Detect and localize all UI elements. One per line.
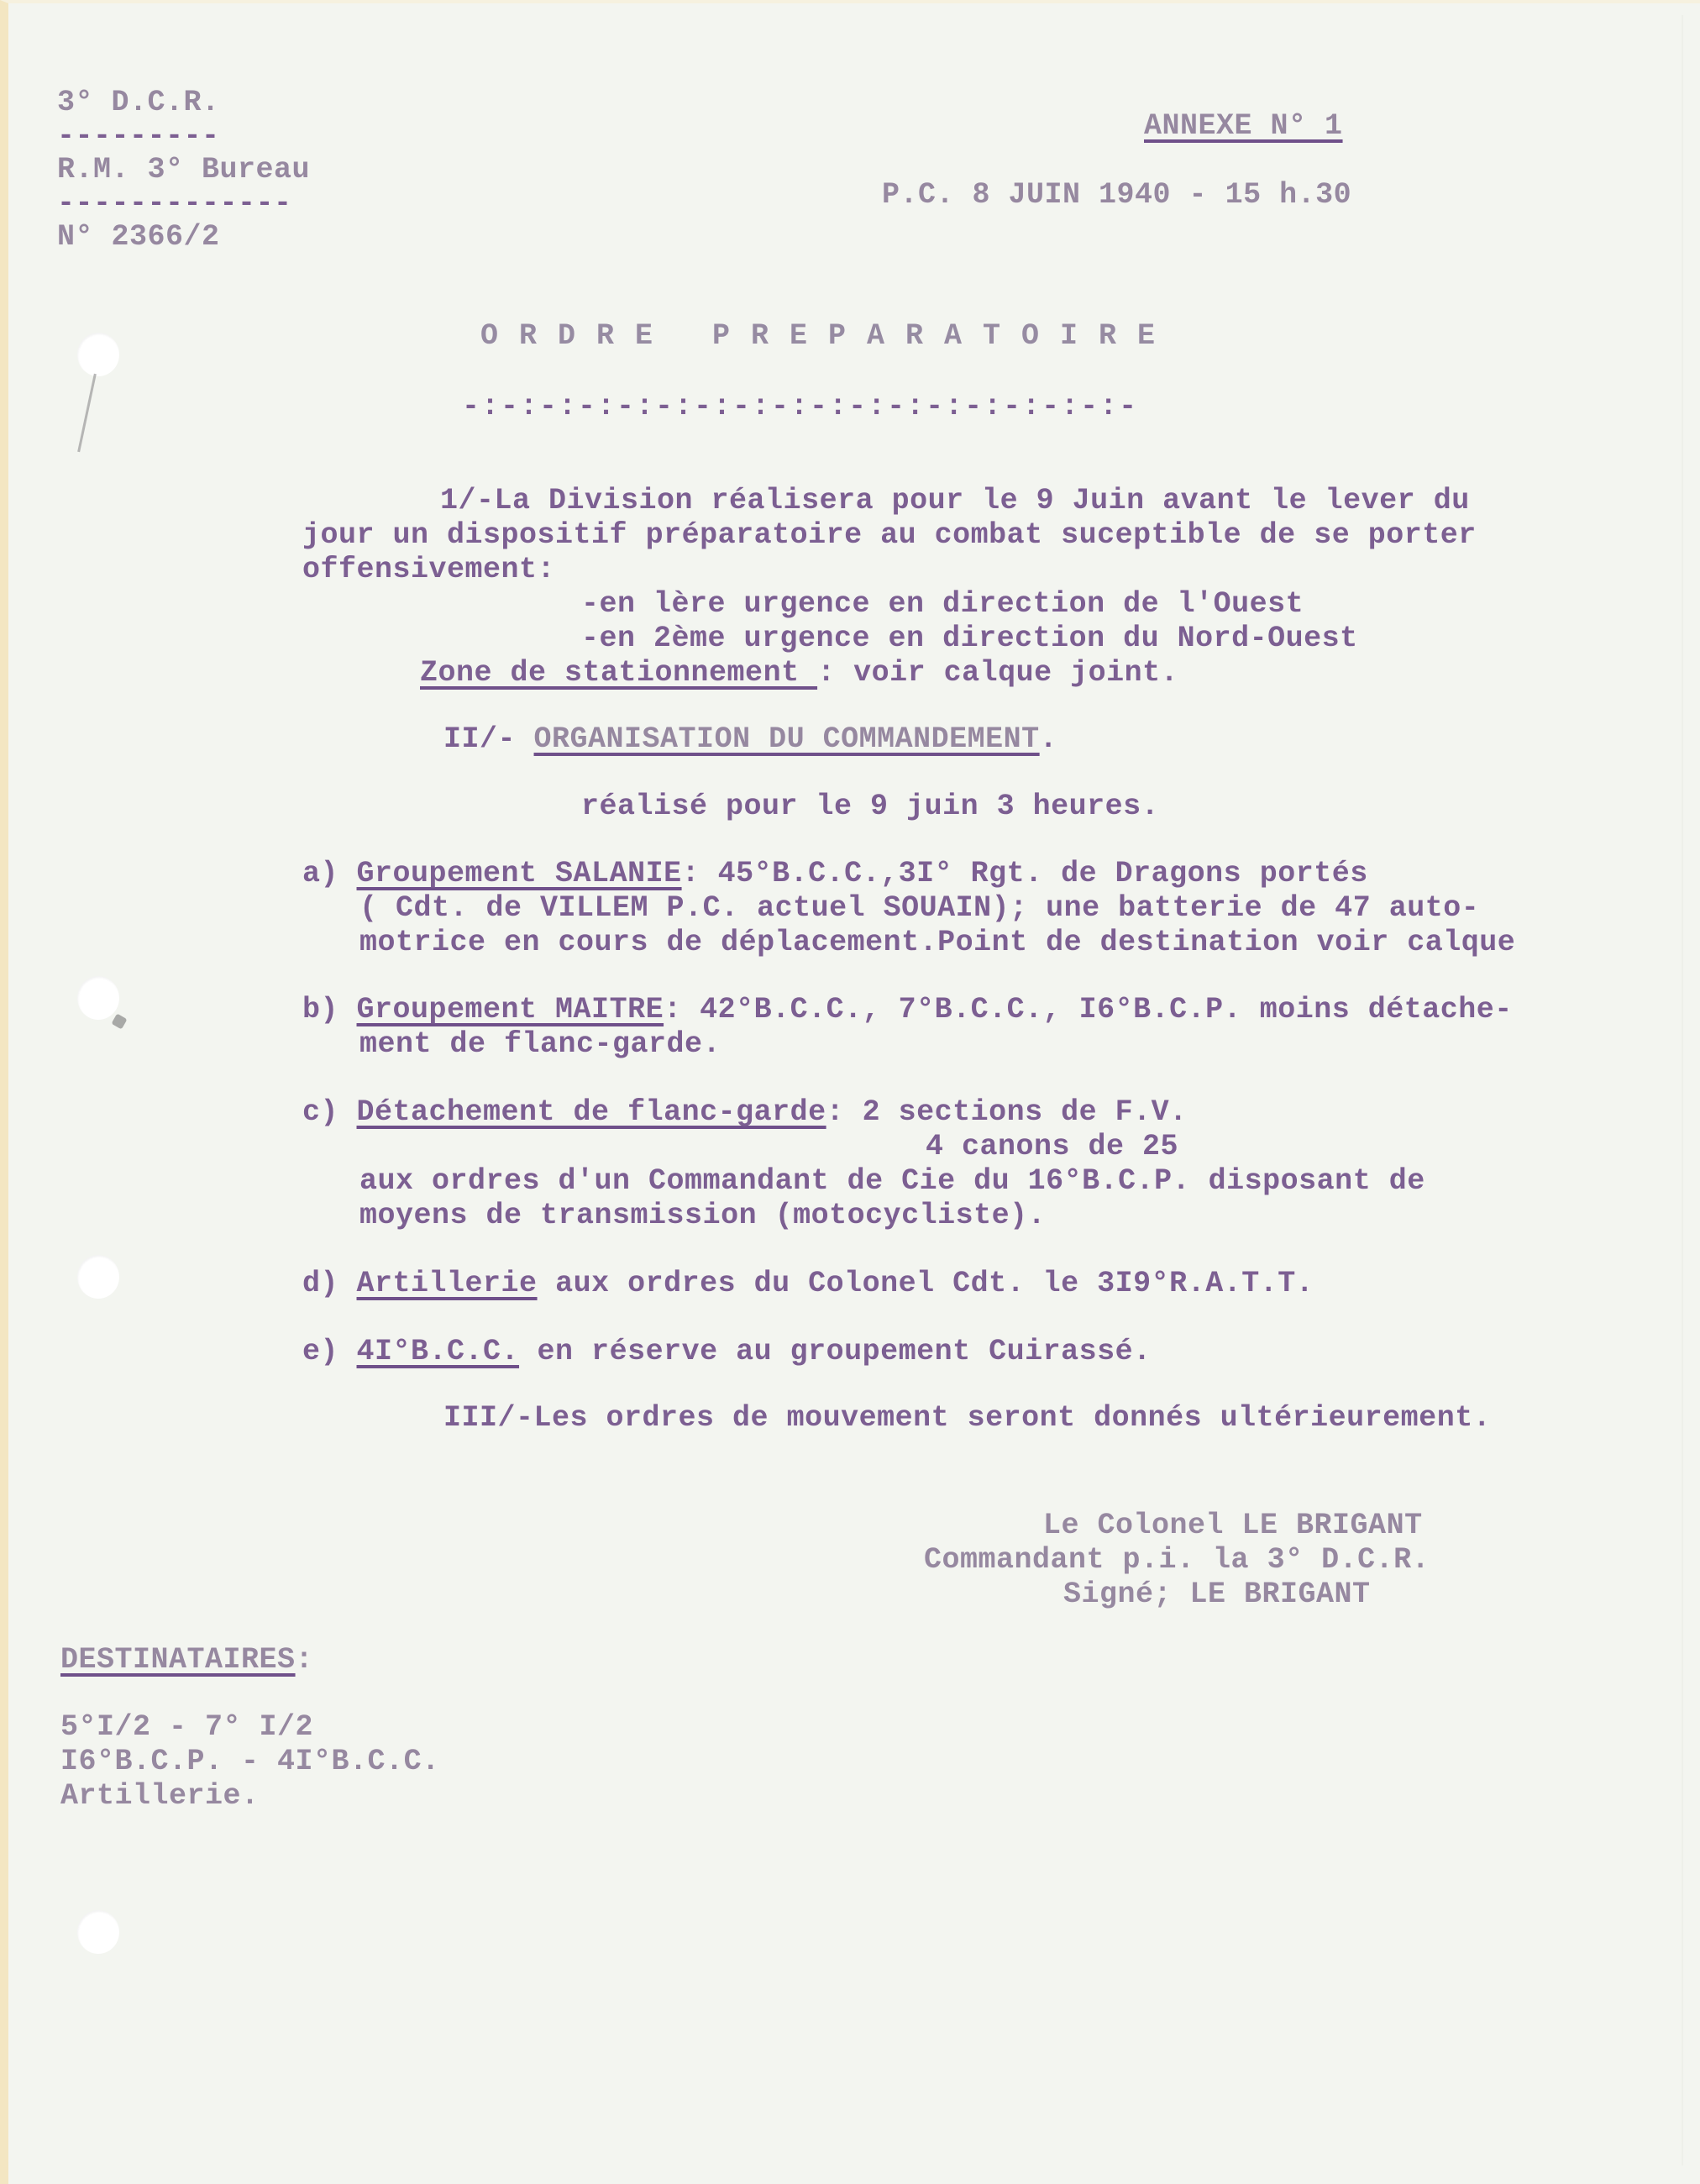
item-label: Groupement SALANIE (357, 857, 682, 890)
title-separator: -:-:-:-:-:-:-:-:-:-:-:-:-:-:-:-:-:- (462, 390, 1138, 424)
section1-line: jour un dispositif préparatoire au comba… (302, 518, 1477, 553)
punch-hole (77, 333, 119, 376)
item-text: : 45°B.C.C.,3I° Rgt. de Dragons portés (682, 857, 1368, 890)
header-unit: 3° D.C.R. (57, 86, 220, 120)
recipient-line: I6°B.C.P. - 4I°B.C.C. (60, 1745, 440, 1779)
section3-text: III/-Les ordres de mouvement seront donn… (443, 1401, 1491, 1436)
section1-bullet: -en lère urgence en direction de l'Ouest (581, 587, 1304, 622)
item-e: e) 4I°B.C.C. en réserve au groupement Cu… (302, 1335, 1152, 1369)
header-rule: --------- (57, 119, 220, 154)
section1-line: 1/-La Division réalisera pour le 9 Juin … (440, 484, 1470, 518)
section2-subtitle: réalisé pour le 9 juin 3 heures. (581, 790, 1159, 824)
section2-heading-line: II/- ORGANISATION DU COMMANDEMENT. (443, 722, 1057, 757)
item-letter: a) (302, 857, 357, 890)
item-text: 4 canons de 25 (926, 1130, 1178, 1164)
item-c: c) Détachement de flanc-garde: 2 section… (302, 1095, 1188, 1130)
item-text: : 42°B.C.C., 7°B.C.C., I6°B.C.P. moins d… (664, 993, 1513, 1026)
section2-prefix: II/- (443, 722, 534, 756)
item-label: Détachement de flanc-garde (357, 1095, 826, 1129)
header-office: R.M. 3° Bureau (57, 153, 310, 187)
section1-bullet: -en 2ème urgence en direction du Nord-Ou… (581, 622, 1358, 656)
item-d: d) Artillerie aux ordres du Colonel Cdt.… (302, 1267, 1314, 1301)
punch-hole (77, 1910, 119, 1954)
item-text: ( Cdt. de VILLEM P.C. actuel SOUAIN); un… (359, 891, 1479, 926)
zone-line: Zone de stationnement : voir calque join… (420, 656, 1178, 690)
header-rule: ------------- (57, 186, 292, 221)
paper-tear (77, 374, 97, 453)
item-label: 4I°B.C.C. (357, 1335, 520, 1368)
section1-line: offensivement: (302, 553, 555, 587)
punch-hole (77, 1255, 119, 1299)
zone-text: : voir calque joint. (817, 656, 1178, 690)
item-text: en réserve au groupement Cuirassé. (519, 1335, 1152, 1368)
item-text: motrice en cours de déplacement.Point de… (359, 926, 1515, 960)
section2-heading-end: . (1040, 722, 1058, 756)
recipients-heading: DESTINATAIRES (60, 1643, 296, 1677)
document-datetime: P.C. 8 JUIN 1940 - 15 h.30 (882, 178, 1351, 213)
document-title: ORDRE PREPARATOIRE (480, 319, 1176, 354)
item-b: b) Groupement MAITRE: 42°B.C.C., 7°B.C.C… (302, 993, 1513, 1027)
signature-line: Signé; LE BRIGANT (1063, 1578, 1371, 1612)
item-a: a) Groupement SALANIE: 45°B.C.C.,3I° Rgt… (302, 857, 1368, 891)
item-label: Artillerie (357, 1267, 538, 1300)
item-text: : 2 sections de F.V. (826, 1095, 1188, 1129)
recipients-colon: : (296, 1643, 314, 1677)
item-text: ment de flanc-garde. (359, 1027, 721, 1062)
item-text: moyens de transmission (motocycliste). (359, 1199, 1046, 1233)
zone-label: Zone de stationnement (420, 656, 817, 690)
item-letter: c) (302, 1095, 357, 1129)
document-page: 3° D.C.R. --------- R.M. 3° Bureau -----… (0, 0, 1700, 2184)
header-reference: N° 2366/2 (57, 220, 220, 255)
item-label: Groupement MAITRE (357, 993, 664, 1026)
paper-speck (111, 1013, 127, 1029)
signature-line: Commandant p.i. la 3° D.C.R. (924, 1543, 1430, 1578)
punch-hole (77, 976, 119, 1020)
item-letter: e) (302, 1335, 357, 1368)
item-text: aux ordres du Colonel Cdt. le 3I9°R.A.T.… (538, 1267, 1314, 1300)
item-letter: b) (302, 993, 357, 1026)
item-letter: d) (302, 1267, 357, 1300)
section2-heading: ORGANISATION DU COMMANDEMENT (534, 722, 1040, 756)
recipient-line: Artillerie. (60, 1779, 260, 1814)
signature-line: Le Colonel LE BRIGANT (1043, 1509, 1423, 1543)
item-text: aux ordres d'un Commandant de Cie du 16°… (359, 1164, 1425, 1199)
recipient-line: 5°I/2 - 7° I/2 (60, 1710, 313, 1745)
recipients-heading-line: DESTINATAIRES: (60, 1643, 313, 1677)
annex-label: ANNEXE N° 1 (1144, 109, 1343, 144)
